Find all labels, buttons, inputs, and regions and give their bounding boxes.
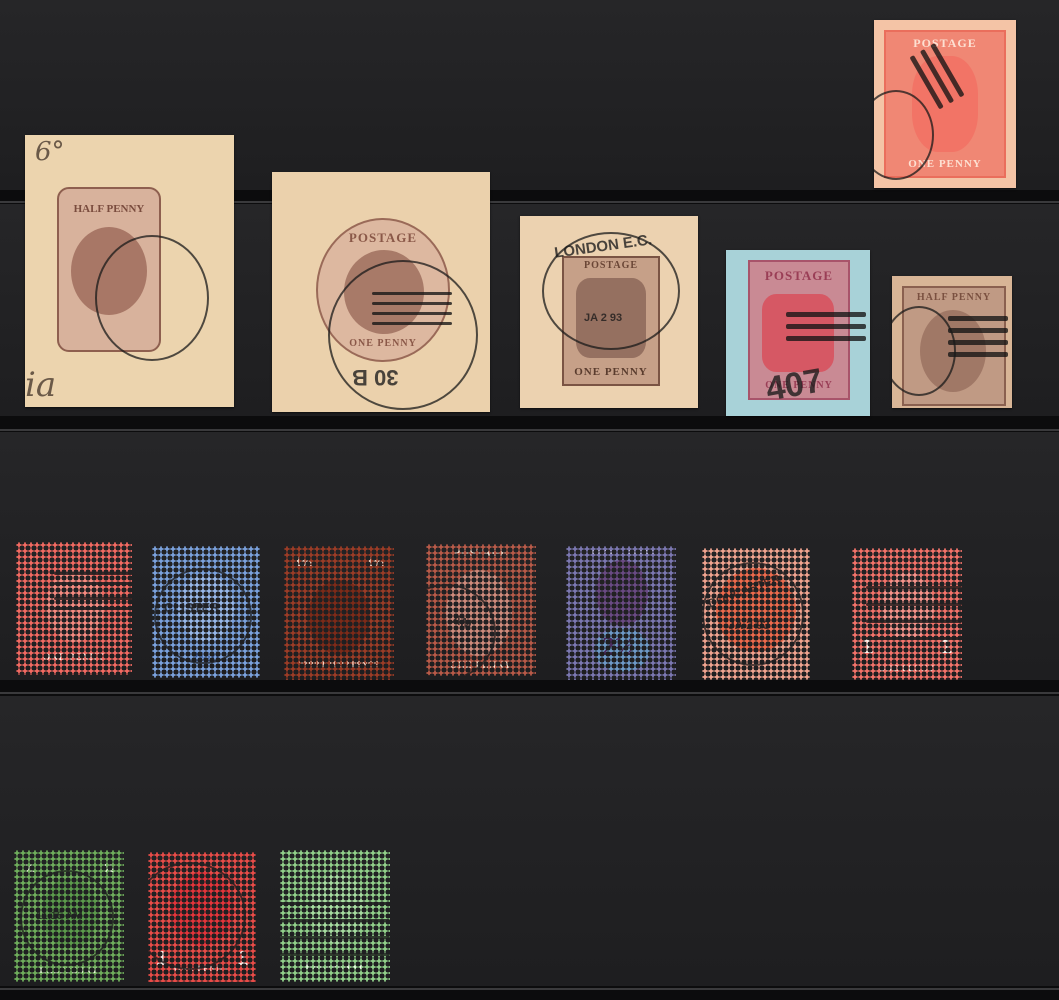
- stamp-value: ONE PENNY: [852, 664, 962, 673]
- stamp-label-top: HALF PENNY: [59, 203, 159, 215]
- corner-value-left: ½: [24, 860, 35, 875]
- stamp-cutout-one-penny-carmine[interactable]: POSTAGE ONE PENNY 407: [726, 250, 870, 416]
- postmark-circle: [702, 562, 804, 666]
- stamp-george-halfpenny-green[interactable]: ½ ½ 11.15 AM HALFPENNY: [14, 850, 124, 982]
- stamp-label-top: HALF PENNY: [904, 292, 1004, 303]
- stock-page-strip-4: [0, 986, 1059, 1000]
- postmark-bars: [372, 292, 452, 332]
- stamp-victoria-jubilee-two-half-penny[interactable]: POSTAGE & REVENUE 2½: [566, 546, 676, 680]
- postmark-bars: [54, 572, 132, 617]
- stamp-cutout-half-penny[interactable]: 6° HALF PENNY ia: [25, 135, 234, 407]
- postmark-number: 30 B: [352, 364, 398, 390]
- postmark-time: 11.15 AM: [36, 910, 83, 922]
- postmark-date: JA 2 93: [728, 618, 770, 632]
- postmark-bars: [866, 586, 962, 647]
- stamp-label-bottom: ONE PENNY: [564, 366, 658, 378]
- stamp-edward-two-half-penny-blue[interactable]: 2½d CLISTER: [152, 546, 260, 678]
- stamp-label-top: POSTAGE: [750, 268, 848, 284]
- postmark-circle: [95, 235, 209, 361]
- stamp-label-top: POSTAGE: [886, 36, 1004, 51]
- stamp-victoria-jubilee-halfpenny-vermilion[interactable]: DONCASTER JA 2 93: [702, 548, 810, 680]
- stamp-edward-one-penny-scarlet[interactable]: ONE PENNY: [16, 542, 132, 675]
- postmark-town: CLISTER: [164, 600, 220, 615]
- corner-value-right: ½: [103, 860, 114, 875]
- postmark-bars: [786, 312, 866, 348]
- handwriting-top: 6°: [35, 137, 65, 167]
- postmark-bars: [948, 316, 1008, 364]
- stamp-edward-halfpenny-pale-green[interactable]: HALFPENNY: [280, 850, 390, 982]
- corner-value-right: 1½: [366, 554, 384, 569]
- stock-page-strip-2: [0, 416, 1059, 432]
- stamp-cutout-one-penny-octagonal[interactable]: POSTAGE ONE PENNY LONDON E.C. JA 2 93: [520, 216, 698, 408]
- stamp-cutout-half-penny-small[interactable]: HALF PENNY: [892, 276, 1012, 408]
- stamp-label-top: POSTAGE & REVENUE: [566, 550, 676, 556]
- stamp-value: ONE PENNY: [16, 652, 132, 662]
- stamp-value: HALFPENNY: [280, 962, 390, 971]
- stamp-george-three-halfpence[interactable]: 1½ 1½ THREE HALFPENCE: [284, 546, 394, 680]
- stamp-value: 2½: [602, 632, 635, 662]
- postmark-date: JA 2 93: [584, 312, 622, 324]
- stock-page-strip-3: [0, 680, 1059, 696]
- stamp-value: THREE HALFPENCE: [284, 660, 394, 669]
- handwriting-bottom: ia: [25, 365, 56, 405]
- postmark-oval: [328, 260, 478, 410]
- stamp-value: HALFPENNY: [14, 966, 124, 975]
- queen-portrait: [596, 560, 648, 626]
- postmark-bars: [280, 902, 390, 963]
- stamp-george-one-penny-red[interactable]: 1 1 ONE PENNY: [148, 852, 256, 982]
- king-portrait: [308, 580, 370, 654]
- postmark-circle: [148, 862, 246, 970]
- stamp-label-top: POSTAGE: [318, 230, 448, 246]
- stamp-victoria-penny-red[interactable]: POSTAGE ONE PENNY AM: [426, 544, 536, 676]
- stamp-cutout-one-penny-vermilion[interactable]: POSTAGE ONE PENNY: [874, 20, 1016, 188]
- postmark-circle: [154, 568, 252, 664]
- stamp-george-one-penny-scarlet[interactable]: 1 1 ONE PENNY: [852, 548, 962, 680]
- stamp-cutout-one-penny-round[interactable]: POSTAGE ONE PENNY 30 B: [272, 172, 490, 412]
- corner-value-left: 1½: [294, 554, 312, 569]
- stamp-label-top: POSTAGE: [426, 548, 536, 559]
- postmark-number: 407: [763, 361, 826, 409]
